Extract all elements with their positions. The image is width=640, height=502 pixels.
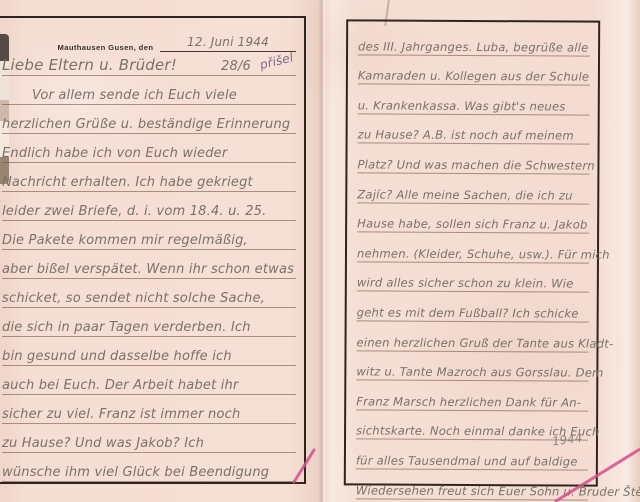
handwritten-text: sicher zu viel. Franz ist immer noch [2,407,240,422]
handwritten-text: u. Krankenkassa. Was gibt's neues [358,98,566,113]
letter-scan: Mauthausen Gusen, den 12. Juni 1944 Lieb… [0,0,640,502]
letter-line: zu Hause? Und was Jakob? Ich [2,424,296,453]
fold-crease [318,0,326,502]
handwritten-text: die sich in paar Tagen verderben. Ich [2,320,251,335]
handwritten-text: Franz Marsch herzlichen Dank für An- [356,394,581,409]
letter-line: Vor allem sende ich Euch viele [2,76,296,105]
received-date-note: 28/6 [221,59,251,74]
letter-line: u. Krankenkassa. Was gibt's neues [358,85,590,116]
letter-line: Platz? Und was machen die Schwestern [357,144,589,175]
handwritten-text: Die Pakete kommen mir regelmäßig, [2,233,248,248]
letter-body-right: des III. Jahrganges. Luba, begrüße alleK… [356,25,590,500]
handwritten-text: nehmen. (Kleider, Schuhe, usw.). Für mic… [357,246,610,261]
handwritten-text: leider zwei Briefe, d. i. vom 18.4. u. 2… [2,204,266,219]
letter-line: wünsche ihm viel Glück bei Beendigung [2,453,296,482]
handwritten-text: Endlich habe ich von Euch wieder [2,146,227,161]
salutation: Liebe Eltern u. Brüder! [2,56,177,74]
letter-line: bin gesund und dasselbe hoffe ich [2,337,296,366]
handwritten-text: bin gesund und dasselbe hoffe ich [2,349,232,364]
letter-line: Zajíc? Alle meine Sachen, die ich zu [357,173,589,204]
handwritten-text: Kamaraden u. Kollegen aus der Schule [358,69,589,84]
handwritten-text: für alles Tausendmal und auf baldige [356,453,578,468]
handwritten-text: zu Hause? A.B. ist noch auf meinem [358,128,574,143]
letter-line: Kamaraden u. Kollegen aus der Schule [358,55,590,86]
letter-body-left: Vor allem sende ich Euch vieleherzlichen… [2,76,296,482]
letter-line: Nachricht erhalten. Ich habe gekriegt [2,163,296,192]
letter-line: Wiedersehen freut sich Euer Sohn u. Brud… [356,469,588,500]
handwritten-text: geht es mit dem Fußball? Ich schicke [357,305,579,320]
letter-line: Die Pakete kommen mir regelmäßig, [2,221,296,250]
page-frame-right: des III. Jahrganges. Luba, begrüße alleK… [344,19,600,486]
handwritten-text: Nachricht erhalten. Ich habe gekriegt [2,175,253,190]
letter-line: die sich in paar Tagen verderben. Ich [2,308,296,337]
letter-line: herzlichen Grüße u. beständige Erinnerun… [2,105,296,134]
letter-line: leider zwei Briefe, d. i. vom 18.4. u. 2… [2,192,296,221]
letter-page-left: Mauthausen Gusen, den 12. Juni 1944 Lieb… [0,16,306,484]
paper-right-margin [618,0,640,502]
letter-line: zu Hause? A.B. ist noch auf meinem [358,114,590,145]
letter-line: nehmen. (Kleider, Schuhe, usw.). Für mic… [357,233,589,264]
handwritten-text: schicket, so sendet nicht solche Sache, [2,291,265,306]
handwritten-text: wünsche ihm viel Glück bei Beendigung [2,465,269,480]
handwritten-text: wird alles sicher schon zu klein. Wie [357,276,574,291]
letter-line: einen herzlichen Gruß der Tante aus Klad… [356,321,588,352]
letter-line: sicher zu viel. Franz ist immer noch [2,395,296,424]
handwritten-text: Hause habe, sollen sich Franz u. Jakob [357,217,588,232]
handwritten-text: aber bißel verspätet. Wenn ihr schon etw… [2,262,294,277]
handwritten-text: des III. Jahrganges. Luba, begrüße alle [358,39,588,54]
letter-line: des III. Jahrganges. Luba, begrüße alle [358,25,590,56]
handwritten-date: 12. Juni 1944 [187,35,269,49]
letter-line: aber bißel verspätet. Wenn ihr schon etw… [2,250,296,279]
letter-line: Hause habe, sollen sich Franz u. Jakob [357,203,589,234]
handwritten-text: auch bei Euch. Der Arbeit habet ihr [2,378,239,393]
purple-pencil-note: přišel [258,50,294,72]
date-row: Mauthausen Gusen, den 12. Juni 1944 [2,22,296,54]
handwritten-text: herzlichen Grüße u. beständige Erinnerun… [2,117,290,132]
handwritten-text: Zajíc? Alle meine Sachen, die ich zu [357,187,572,202]
letter-line: witz u. Tante Mazroch aus Gorsslau. Dem [356,351,588,382]
handwritten-text: Platz? Und was machen die Schwestern [357,157,594,172]
handwritten-text: Wiedersehen freut sich Euer Sohn u. Brud… [356,483,640,499]
handwritten-text: witz u. Tante Mazroch aus Gorsslau. Dem [356,365,603,380]
location-stamp: Mauthausen Gusen, den [58,43,154,52]
date-underline: 12. Juni 1944 [160,33,296,52]
letter-line: wird alles sicher schon zu klein. Wie [357,262,589,293]
handwritten-text: Vor allem sende ich Euch viele [32,88,237,103]
handwritten-text: einen herzlichen Gruß der Tante aus Klad… [356,335,613,350]
letter-page-right: des III. Jahrganges. Luba, begrüße alleK… [344,19,600,486]
page-frame-left: Mauthausen Gusen, den 12. Juni 1944 Lieb… [0,16,306,484]
letter-line: schicket, so sendet nicht solche Sache, [2,279,296,308]
letter-line: Franz Marsch herzlichen Dank für An- [356,381,588,412]
salutation-row: Liebe Eltern u. Brüder! 28/6 přišel [2,54,296,76]
handwritten-text: zu Hause? Und was Jakob? Ich [2,436,204,451]
letter-line: auch bei Euch. Der Arbeit habet ihr [2,366,296,395]
letter-line: Endlich habe ich von Euch wieder [2,134,296,163]
letter-line: geht es mit dem Fußball? Ich schicke [357,292,589,323]
